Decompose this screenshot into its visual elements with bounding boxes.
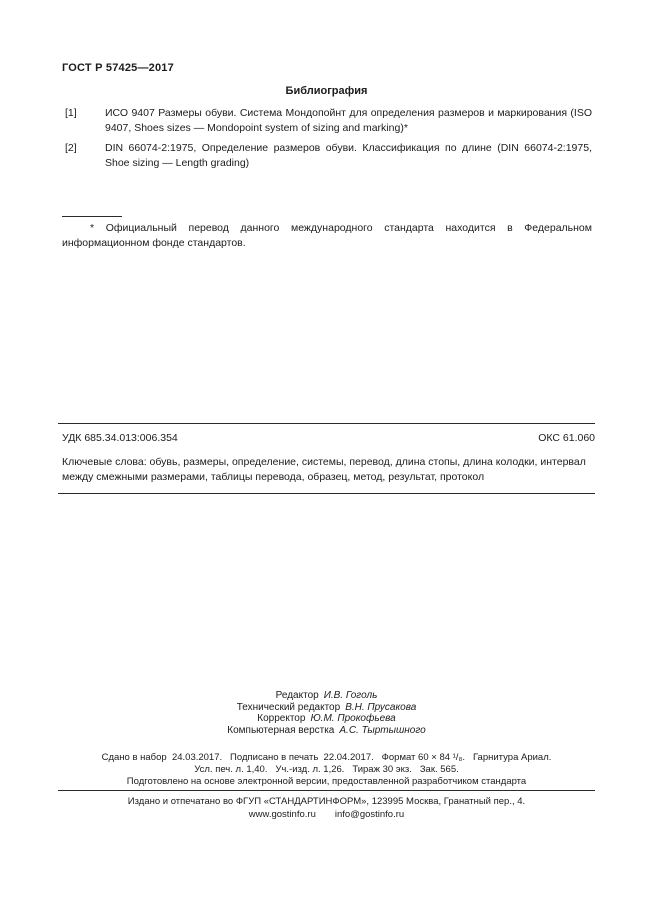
- staff-row: КорректорЮ.М. Прокофьева: [58, 713, 595, 725]
- staff-row: РедакторИ.В. Гоголь: [58, 690, 595, 702]
- contacts-line: www.gostinfo.ru info@gostinfo.ru: [58, 809, 595, 820]
- staff-name: Ю.М. Прокофьева: [310, 713, 395, 724]
- oks-code: ОКС 61.060: [538, 432, 595, 444]
- publisher-line: Издано и отпечатано во ФГУП «СТАНДАРТИНФ…: [58, 796, 595, 807]
- staff-row: Технический редакторВ.Н. Прусакова: [58, 702, 595, 714]
- staff-role: Корректор: [257, 713, 305, 724]
- staff-role: Технический редактор: [237, 702, 340, 713]
- colophon-staff: РедакторИ.В. Гоголь Технический редактор…: [58, 690, 595, 737]
- classification-row: УДК 685.34.013:006.354 ОКС 61.060: [62, 432, 595, 444]
- staff-name: И.В. Гоголь: [324, 690, 378, 701]
- print-info-line1: Сдано в набор 24.03.2017. Подписано в пе…: [58, 752, 595, 763]
- bibliography-item: [2] DIN 66074-2:1975, Определение размер…: [62, 141, 592, 171]
- doc-number: ГОСТ Р 57425—2017: [62, 62, 174, 74]
- udk-code: УДК 685.34.013:006.354: [62, 432, 178, 444]
- staff-name: В.Н. Прусакова: [345, 702, 416, 713]
- reference-number: [1]: [62, 106, 105, 136]
- staff-row: Компьютерная версткаА.С. Тыртышного: [58, 725, 595, 737]
- staff-name: А.С. Тыртышного: [339, 725, 425, 736]
- print-info-line2: Усл. печ. л. 1,40. Уч.-изд. л. 1,26. Тир…: [58, 764, 595, 775]
- staff-role: Компьютерная верстка: [227, 725, 334, 736]
- footnote-text: * Официальный перевод данного международ…: [62, 221, 592, 250]
- bibliography-title: Библиография: [58, 85, 595, 97]
- email-text: info@gostinfo.ru: [335, 809, 404, 820]
- footnote-divider: [62, 216, 122, 217]
- website-text: www.gostinfo.ru: [249, 809, 316, 820]
- reference-number: [2]: [62, 141, 105, 171]
- reference-text: ИСО 9407 Размеры обуви. Система Мондопой…: [105, 106, 592, 136]
- publisher-divider: [58, 790, 595, 791]
- staff-role: Редактор: [276, 690, 319, 701]
- keywords-text: Ключевые слова: обувь, размеры, определе…: [62, 455, 595, 485]
- classification-divider-bottom: [58, 493, 595, 494]
- document-page: ГОСТ Р 57425—2017 Библиография [1] ИСО 9…: [0, 0, 646, 913]
- reference-text: DIN 66074-2:1975, Определение размеров о…: [105, 141, 592, 171]
- classification-divider-top: [58, 423, 595, 424]
- prepared-note: Подготовлено на основе электронной верси…: [58, 776, 595, 787]
- bibliography-list: [1] ИСО 9407 Размеры обуви. Система Монд…: [62, 106, 592, 176]
- bibliography-item: [1] ИСО 9407 Размеры обуви. Система Монд…: [62, 106, 592, 136]
